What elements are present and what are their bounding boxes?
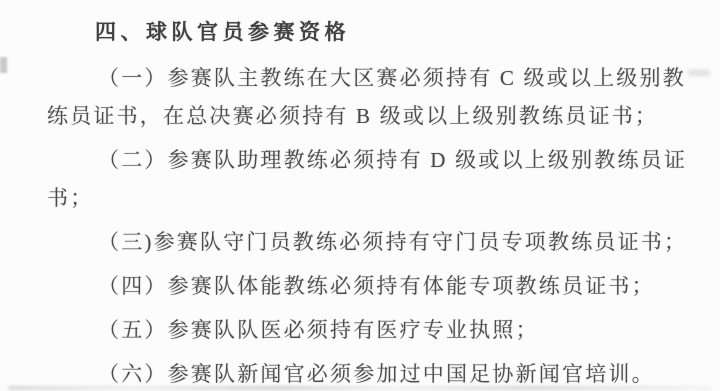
body-line: （四）参赛队体能教练必须持有体能专项教练员证书； (47, 267, 702, 305)
scan-smudge-right-edge (688, 70, 710, 76)
body-line: 练员证书，在总决赛必须持有 B 级或以上级别教练员证书； (47, 97, 702, 135)
body-line: （五）参赛队队医必须持有医疗专业执照； (47, 311, 702, 349)
body-line: （一）参赛队主教练在大区赛必须持有 C 级或以上级别教 (47, 59, 702, 97)
body-line: 书； (47, 179, 702, 217)
body-line: （二）参赛队助理教练必须持有 D 级或以上级别教练员证 (47, 141, 702, 179)
body-line: （三)参赛队守门员教练必须持有守门员专项教练员证书； (47, 223, 702, 261)
scan-smudge-left-edge (0, 57, 7, 73)
section-heading: 四、球队官员参赛资格 (47, 13, 702, 51)
document-page: 四、球队官员参赛资格 （一）参赛队主教练在大区赛必须持有 C 级或以上级别教 练… (0, 0, 720, 391)
scan-smudge-bottom-edge (8, 386, 712, 390)
